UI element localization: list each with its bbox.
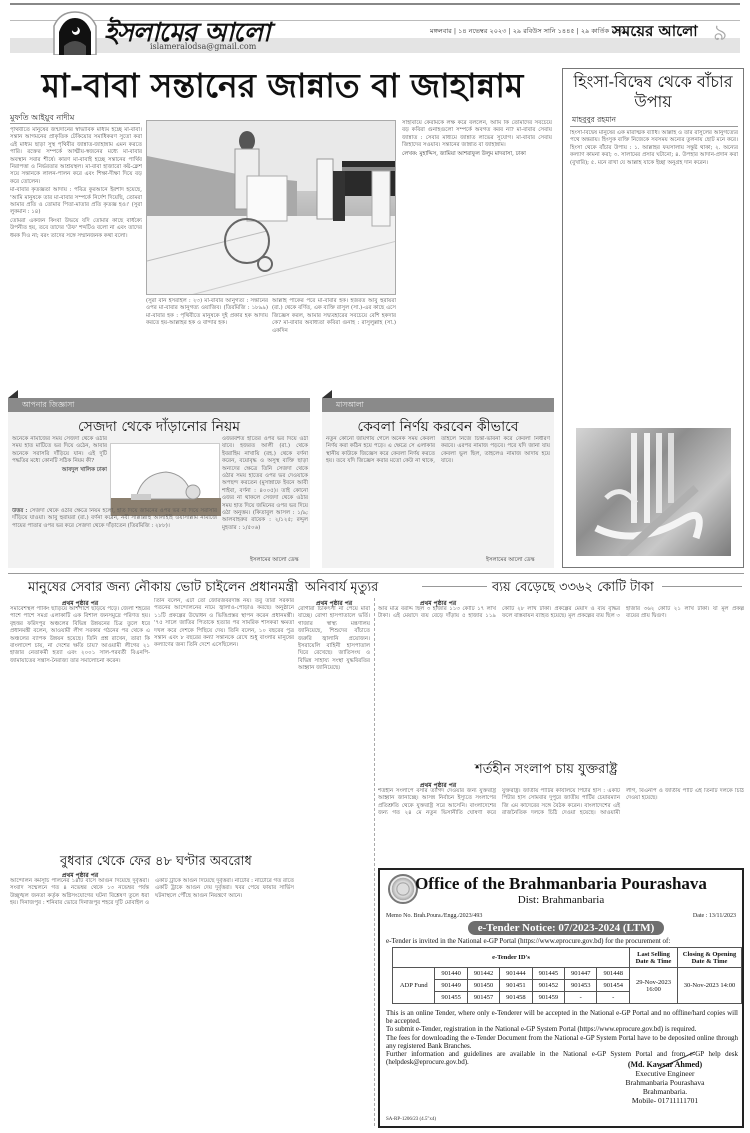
tender-id-cell: 901450 (467, 980, 499, 992)
mosque-logo-icon (52, 10, 98, 55)
tender-district: Dist: Brahmanbaria (380, 894, 742, 906)
lead-photo (146, 120, 396, 295)
tender-id-cell: 901458 (500, 992, 532, 1004)
signatory-place: Brahmanbaria. (643, 1087, 687, 1096)
lead-col1-text: পৃথিবীতে মানুষের জন্মদানের স্বাভাবিক মাধ… (10, 127, 142, 186)
bottom-section-divider (8, 573, 744, 574)
story-pm-headline: মানুষের সেবার জন্য নৌকায় ভোট চাইলেন প্র… (28, 578, 298, 599)
masala-tab: মাসআলা (322, 398, 554, 412)
ask-asker: আবদুল খালিক ঢাকা (12, 467, 107, 474)
tender-id-cell: - (565, 992, 597, 1004)
ask-credit: ইসলামের আলো ডেস্ক (250, 557, 299, 565)
lead-column-1: পৃথিবীতে মানুষের জন্মদানের স্বাভাবিক মাধ… (10, 127, 142, 395)
ask-answer: উত্তর : সেজদা থেকে ওঠার ক্ষেত্রে নিয়ম হ… (12, 508, 217, 563)
column-divider (374, 598, 375, 1126)
cost-headline-rule-left (422, 586, 487, 587)
ask-tab-label: আপনার জিজ্ঞাসা (22, 400, 74, 409)
cost-headline-rule-right (662, 586, 742, 587)
byline-rule (10, 123, 140, 124)
lead-headline: মা-বাবা সন্তানের জান্নাত বা জাহান্নাম (20, 66, 545, 106)
tender-table: e-Tender ID's Last Selling Date & Time C… (392, 947, 742, 1004)
tender-id-cell: 901442 (467, 968, 499, 980)
fund-cell: ADP Fund (393, 968, 435, 1004)
masala-body-text: নতুন কোনো জায়গায় গেলে অনেক সময় কেবলা … (326, 436, 550, 466)
tender-id-cell: 901452 (532, 980, 564, 992)
ask-tab: আপনার জিজ্ঞাসা (8, 398, 310, 412)
tender-id-cell: 901449 (435, 980, 467, 992)
story-pm-col1: সমাবেশস্থল পার্কিং ছাড়িয়ে আশপাশে ছড়িয… (10, 606, 150, 846)
tender-id-cell: 901445 (532, 968, 564, 980)
lead-column-4: সাহাবায়ে কেরামকে লক্ষ করে বললেন, আমি কি… (402, 120, 552, 395)
wheelchair-pilgrim-image (147, 121, 396, 295)
signatory-title: Executive Engineer (636, 1069, 695, 1078)
tender-id-cell: 901453 (565, 980, 597, 992)
sidebar-headline: হিংসা-বিদ্বেষ থেকে বাঁচার উপায় (568, 72, 738, 112)
story-dialogue-text: শর্তহীন সংলাপে বসার তাগিদ দেওয়ার জন্য য… (378, 788, 744, 818)
story-cost-body: আর মাত্র বরাদ্দ ছিল ৩ হাজার ১১৩ কোটি ১৭ … (378, 606, 744, 731)
tender-signatory: (Md. Kawsar Ahmed) Executive Engineer Br… (600, 1060, 730, 1105)
story-cost-headline: ব্যয় বেড়েছে ৩৩৬২ কোটি টাকা (492, 578, 654, 599)
tender-advertisement: Office of the Brahmanbaria Pourashava Di… (378, 868, 744, 1128)
tender-id-cell: 901455 (435, 992, 467, 1004)
masala-tab-label: মাসআলা (336, 400, 364, 409)
tender-office: Office of the Brahmanbaria Pourashava (380, 874, 742, 894)
prostration-photo (110, 443, 220, 515)
header-last-selling: Last Selling Date & Time (630, 948, 678, 968)
tender-id-cell: 901454 (597, 980, 630, 992)
story-cost-text: আর মাত্র বরাদ্দ ছিল ৩ হাজার ১১৩ কোটি ১৭ … (378, 606, 744, 621)
tender-id-cell: 901457 (467, 992, 499, 1004)
tender-invite: e-Tender is invited in the National e-GP… (386, 937, 670, 945)
lead-author-credit: লেখক: মুহাদ্দিস, জামিয়া আশরাফুল উলুম মা… (402, 151, 552, 158)
masthead-top-rule (10, 3, 740, 5)
sidebar-author-rule (570, 126, 738, 127)
header-ids: e-Tender ID's (393, 948, 630, 968)
man-praying-image (111, 444, 221, 516)
signatory-org: Brahmanbaria Pourashava (626, 1078, 705, 1087)
ask-answer-text: সেজদা থেকে ওঠার ক্ষেত্রে নিয়ম হলো, হাত … (12, 508, 217, 529)
ask-question-text: অনেকে নামাজের সময় সেজদা থেকে ওঠার সময় … (12, 436, 107, 466)
calligraphy-image (576, 428, 731, 556)
page-number: ৯ (713, 16, 727, 53)
lead-col3-text: আল্লাহ পাকের পরে মা-বাবার হক। হজরত আবু হ… (272, 298, 396, 335)
tender-date: Date : 13/11/2023 (693, 913, 736, 919)
sidebar-body: হিংসা-বিদ্বেষ মানুষের এক মারাত্মক ব্যাধি… (570, 130, 738, 425)
closing-cell: 30-Nov-2023 14:00 (678, 968, 742, 1004)
calligraphy-art-icon (576, 428, 731, 556)
lead-col1-end: তোমরা একজন কিংবা উভয়ে যদি তোমার কাছে বা… (10, 218, 142, 240)
story-pm-col2: তিনি বলেন, এটা তো জোরজবরদস্তি নয়। তবু ত… (154, 598, 294, 858)
tender-id-cell: 901444 (500, 968, 532, 980)
story-death-body: রোগীরা চিকিৎসা না পেয়ে মারা যাচ্ছে। রোগ… (298, 606, 370, 1126)
story-dialogue-headline: শর্তহীন সংলাপ চায় যুক্তরাষ্ট্র (475, 760, 617, 781)
masala-body: নতুন কোনো জায়গায় গেলে অনেক সময় কেবলা … (326, 436, 550, 554)
story-death-text: রোগীরা চিকিৎসা না পেয়ে মারা যাচ্ছে। রোগ… (298, 606, 370, 673)
tender-id-cell: 901440 (435, 968, 467, 980)
signatory-name: (Md. Kawsar Ahmed) (628, 1060, 702, 1069)
ask-right-column: ওজরবশত হাতের ওপর ভর দিয়ে ওঠা যাবে। হজরত… (222, 436, 308, 554)
masala-tab-corner (322, 390, 332, 398)
lead-column-2: (সুরা বনি ইসরাইল : ২৩) মা-বাবার আনুগত্য … (146, 298, 268, 395)
last-selling-cell: 29-Nov-2023 16:00 (630, 968, 678, 1004)
tender-memo: Memo No. Brah.Poura./Engg./2023/493 (386, 913, 482, 919)
story-death-headline: অনিবার্য মৃত্যুর (305, 578, 378, 599)
ask-tab-corner (8, 390, 18, 398)
tender-id-cell: 901448 (597, 968, 630, 980)
contact-email[interactable]: islameralodsa@gmail.com (150, 42, 256, 51)
lead-column-3: আল্লাহ পাকের পরে মা-বাবার হক। হজরত আবু হ… (272, 298, 396, 395)
header-closing: Closing & Opening Date & Time (678, 948, 742, 968)
lead-col4-text: সাহাবায়ে কেরামকে লক্ষ করে বললেন, আমি কি… (402, 120, 552, 150)
story-pm-text: সমাবেশস্থল পার্কিং ছাড়িয়ে আশপাশে ছড়িয… (10, 606, 150, 665)
story-dialogue-body: শর্তহীন সংলাপে বসার তাগিদ দেওয়ার জন্য য… (378, 788, 744, 860)
ask-right-text: ওজরবশত হাতের ওপর ভর দিয়ে ওঠা যাবে। হজরত… (222, 436, 308, 532)
answer-label: উত্তর : (12, 508, 27, 514)
table-row: ADP Fund 901440 901442 901444 901445 901… (393, 968, 742, 980)
tender-id-cell: - (597, 992, 630, 1004)
lead-col2-text: (সুরা বনি ইসরাইল : ২৩) মা-বাবার আনুগত্য … (146, 298, 268, 328)
story-blockade-body: আন্দোলন কর্মসূচি পালনের ১৪টি বাসে আগুন দ… (10, 878, 294, 1128)
sidebar-body-text: হিংসা-বিদ্বেষ মানুষের এক মারাত্মক ব্যাধি… (570, 130, 738, 167)
story-pm-text-2: তিনি বলেন, এটা তো জোরজবরদস্তি নয়। তবু ত… (154, 598, 294, 650)
ask-question: অনেকে নামাজের সময় সেজদা থেকে ওঠার সময় … (12, 436, 107, 506)
dateline: মঙ্গলবার | ১৪ নভেম্বর ২০২৩ | ২৯ রবিউস সা… (430, 26, 628, 37)
tender-ref: SA-RP-1206/23 (4.5"x4) (386, 1117, 436, 1122)
story-blockade-text: আন্দোলন কর্মসূচি পালনের ১৪টি বাসে আগুন দ… (10, 878, 294, 908)
tender-table-header: e-Tender ID's Last Selling Date & Time C… (393, 948, 742, 968)
tender-id-cell: 901451 (500, 980, 532, 992)
signatory-mobile: Mobile- 01711111701 (632, 1096, 698, 1105)
section-name: সময়ের আলো (612, 20, 698, 45)
tender-note: This is an online Tender, where only e-T… (386, 1009, 738, 1025)
masala-credit: ইসলামের আলো ডেস্ক (486, 557, 535, 565)
tender-id-cell: 901459 (532, 992, 564, 1004)
tender-notice-title: e-Tender Notice: 07/2023-2024 (LTM) (468, 921, 664, 935)
lead-col1-subsection: মা-বাবার কৃতজ্ঞতা আদায় : পবিত্র কুরআনে … (10, 187, 142, 217)
tender-id-cell: 901447 (565, 968, 597, 980)
